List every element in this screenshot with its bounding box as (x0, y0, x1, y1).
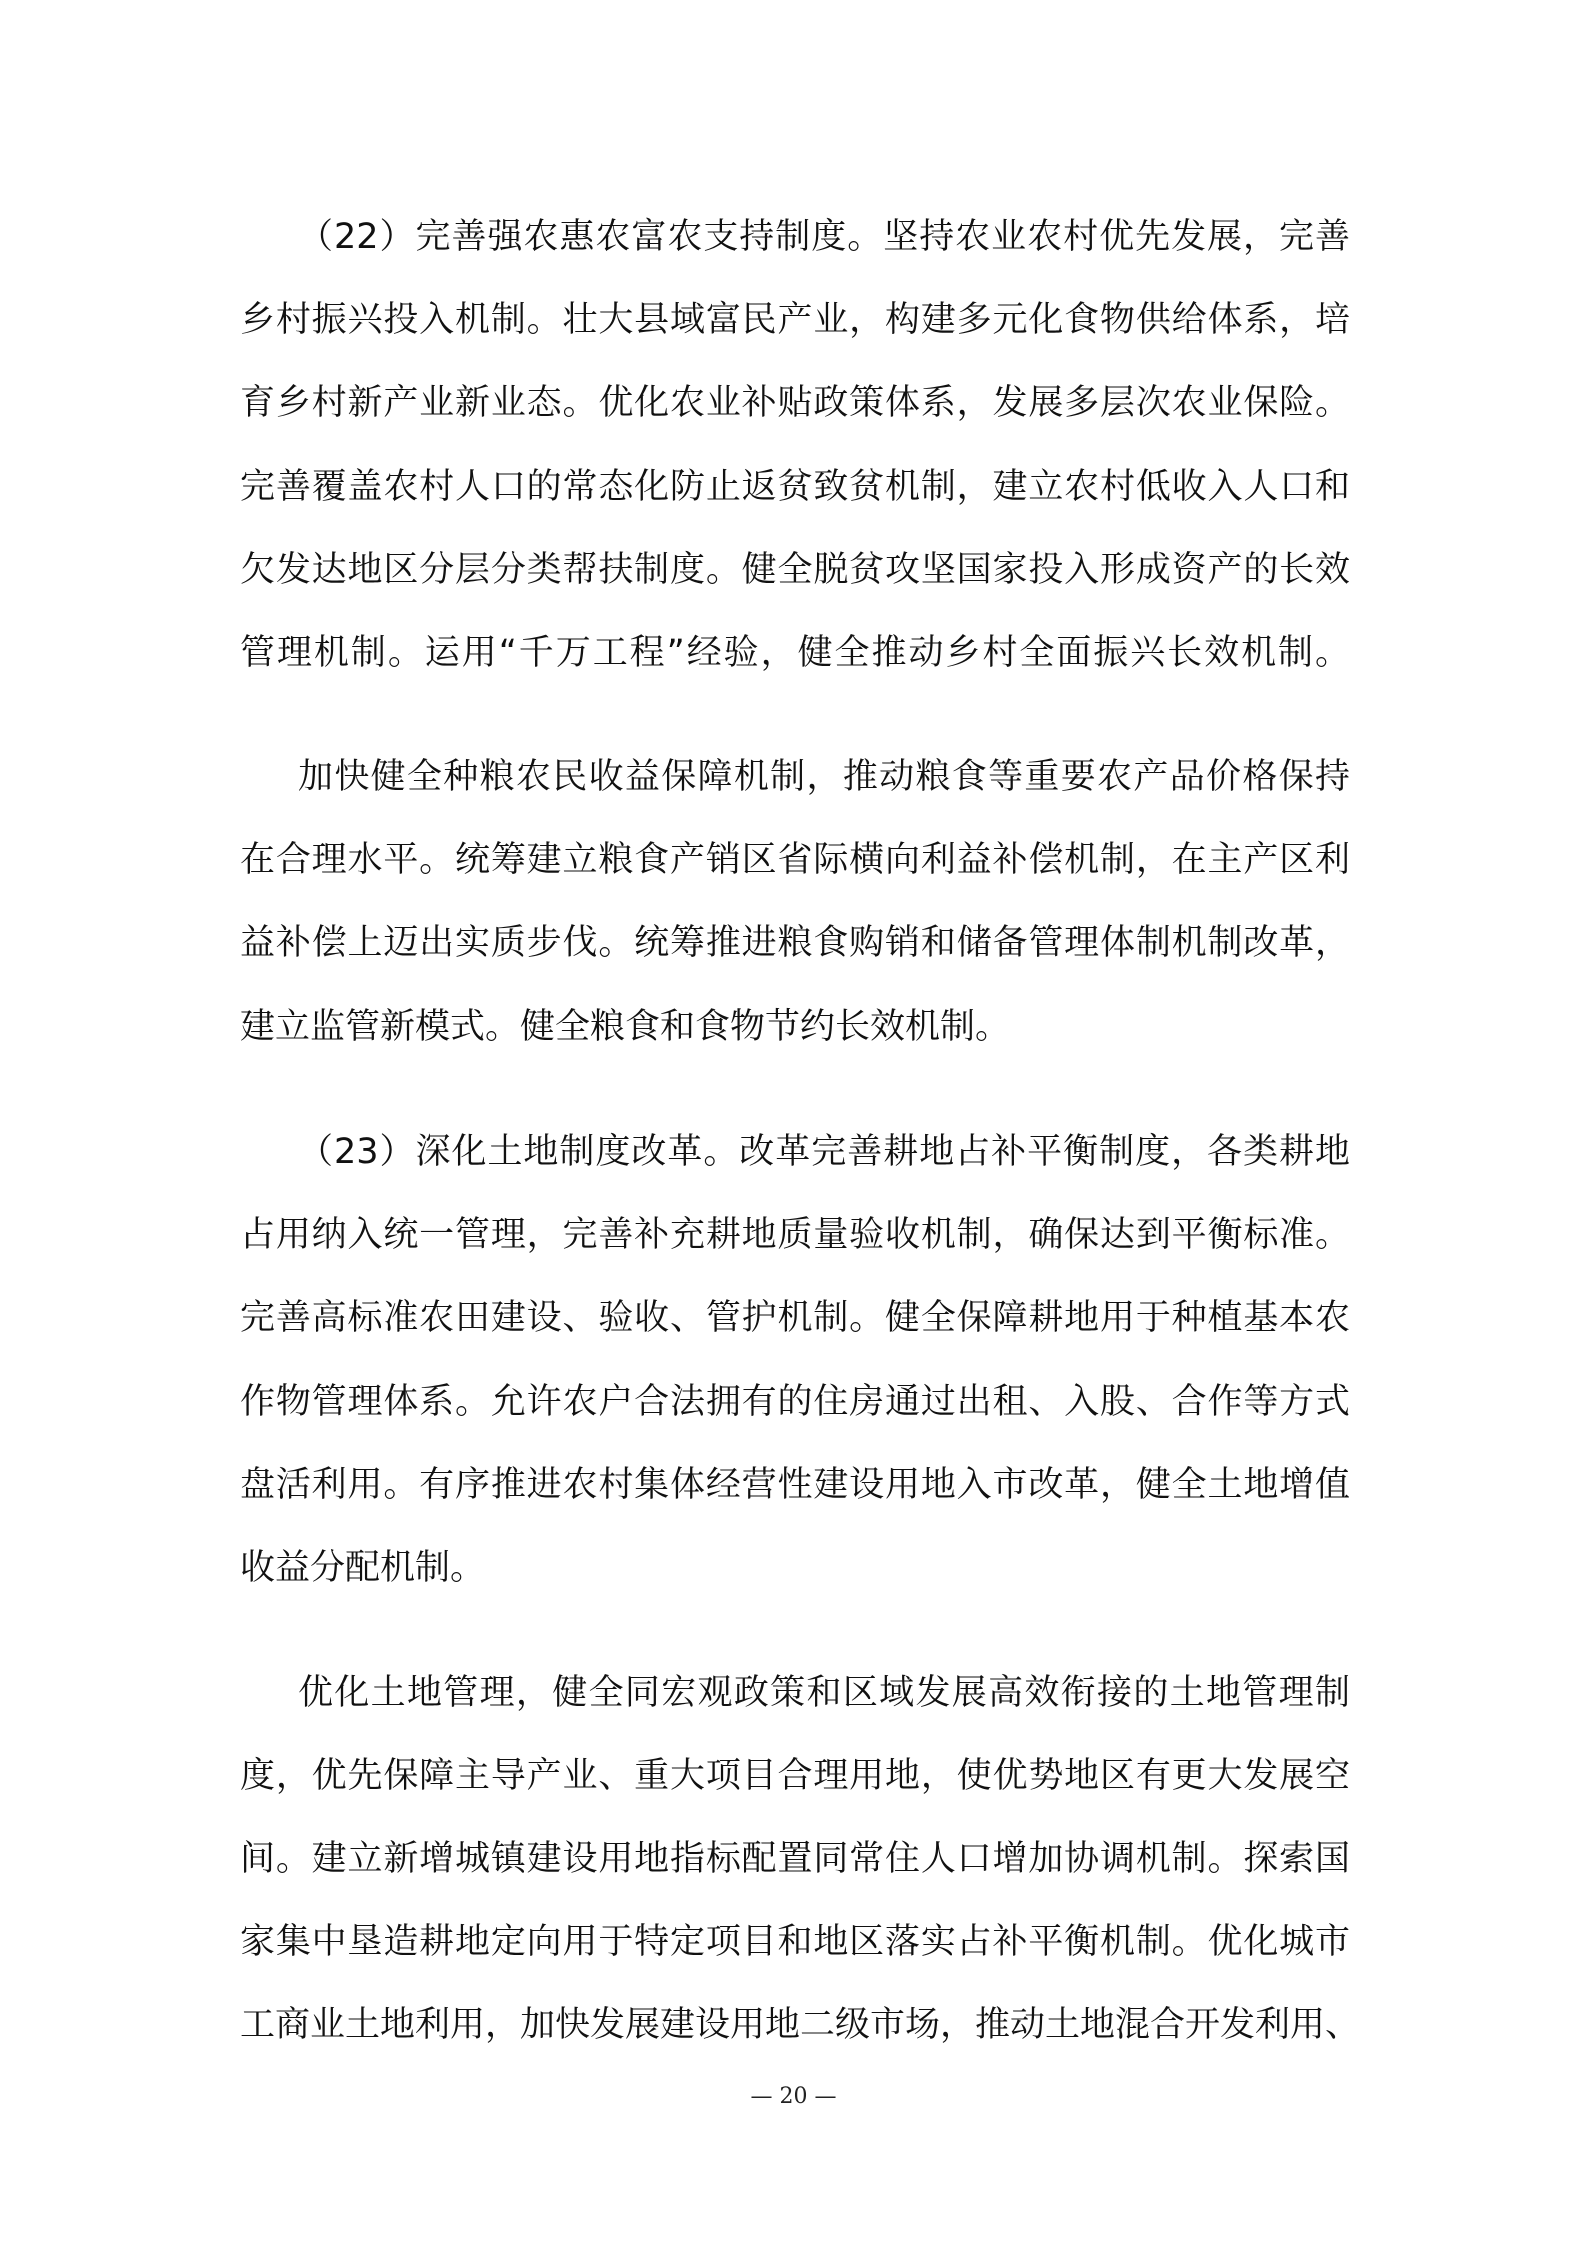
text-line: 优化土地管理，健全同宏观政策和区域发展高效衔接的土地管理制 (298, 1663, 1350, 1723)
text-line: （23）深化土地制度改革。改革完善耕地占补平衡制度，各类耕地 (298, 1122, 1350, 1182)
text-line: 建立监管新模式。健全粮食和食物节约长效机制。 (240, 997, 1350, 1057)
text-line: 乡村振兴投入机制。壮大县域富民产业，构建多元化食物供给体系，培 (240, 290, 1350, 350)
text-line: 间。建立新增城镇建设用地指标配置同常住人口增加协调机制。探索国 (240, 1829, 1350, 1889)
text-line: 作物管理体系。允许农户合法拥有的住房通过出租、入股、合作等方式 (240, 1372, 1350, 1432)
text-line: 盘活利用。有序推进农村集体经营性建设用地入市改革，健全土地增值 (240, 1455, 1350, 1515)
text-line: 完善覆盖农村人口的常态化防止返贫致贫机制，建立农村低收入人口和 (240, 457, 1350, 517)
text-line: 工商业土地利用，加快发展建设用地二级市场，推动土地混合开发利用、 (240, 1995, 1350, 2055)
text-line: 育乡村新产业新业态。优化农业补贴政策体系，发展多层次农业保险。 (240, 373, 1350, 433)
text-line: 完善高标准农田建设、验收、管护机制。健全保障耕地用于种植基本农 (240, 1288, 1350, 1348)
text-line: （22）完善强农惠农富农支持制度。坚持农业农村优先发展，完善 (298, 207, 1350, 267)
text-line: 在合理水平。统筹建立粮食产销区省际横向利益补偿机制，在主产区利 (240, 830, 1350, 890)
text-line: 加快健全种粮农民收益保障机制，推动粮食等重要农产品价格保持 (298, 747, 1350, 807)
text-line: 家集中垦造耕地定向用于特定项目和地区落实占补平衡机制。优化城市 (240, 1912, 1350, 1972)
text-line: 管理机制。运用“千万工程”经验，健全推动乡村全面振兴长效机制。 (240, 623, 1350, 683)
page-number: — 20 — (0, 2084, 1587, 2109)
text-line: 收益分配机制。 (240, 1538, 1350, 1598)
text-line: 欠发达地区分层分类帮扶制度。健全脱贫攻坚国家投入形成资产的长效 (240, 540, 1350, 600)
text-line: 益补偿上迈出实质步伐。统筹推进粮食购销和储备管理体制机制改革， (240, 913, 1350, 973)
text-line: 度，优先保障主导产业、重大项目合理用地，使优势地区有更大发展空 (240, 1746, 1350, 1806)
text-line: 占用纳入统一管理，完善补充耕地质量验收机制，确保达到平衡标准。 (240, 1205, 1350, 1265)
